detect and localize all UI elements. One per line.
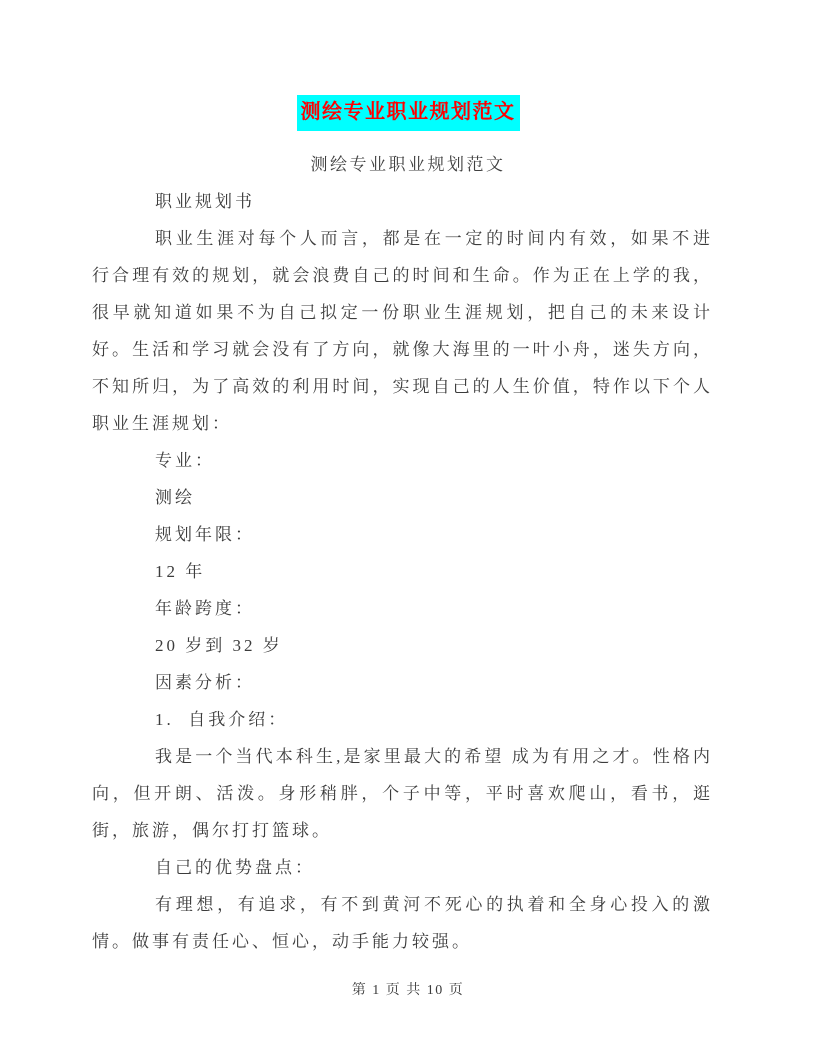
- paragraph: 1. 自我介绍：: [92, 701, 713, 738]
- document-body: 职业规划书 职业生涯对每个人而言，都是在一定的时间内有效，如果不进行合理有效的规…: [92, 183, 713, 960]
- paragraph: 规划年限：: [92, 516, 713, 553]
- page-number-footer: 第 1 页 共 10 页: [0, 979, 816, 999]
- paragraph: 自己的优势盘点：: [92, 849, 713, 886]
- paragraph: 因素分析：: [92, 664, 713, 701]
- paragraph: 12 年: [92, 553, 713, 590]
- paragraph: 专业：: [92, 442, 713, 479]
- paragraph: 我是一个当代本科生,是家里最大的希望 成为有用之才。性格内向，但开朗、活泼。身形…: [92, 738, 713, 849]
- paragraph: 测绘: [92, 479, 713, 516]
- document-subtitle: 测绘专业职业规划范文: [0, 150, 816, 175]
- document-title-text: 测绘专业职业规划范文: [297, 95, 520, 131]
- paragraph: 年龄跨度：: [92, 590, 713, 627]
- document-page: 测绘专业职业规划范文 测绘专业职业规划范文 职业规划书 职业生涯对每个人而言，都…: [0, 0, 816, 1056]
- paragraph: 职业生涯对每个人而言，都是在一定的时间内有效，如果不进行合理有效的规划，就会浪费…: [92, 220, 713, 442]
- paragraph: 职业规划书: [92, 183, 713, 220]
- document-title-row: 测绘专业职业规划范文: [0, 95, 816, 131]
- paragraph: 有理想，有追求，有不到黄河不死心的执着和全身心投入的激情。做事有责任心、恒心，动…: [92, 886, 713, 960]
- paragraph: 20 岁到 32 岁: [92, 627, 713, 664]
